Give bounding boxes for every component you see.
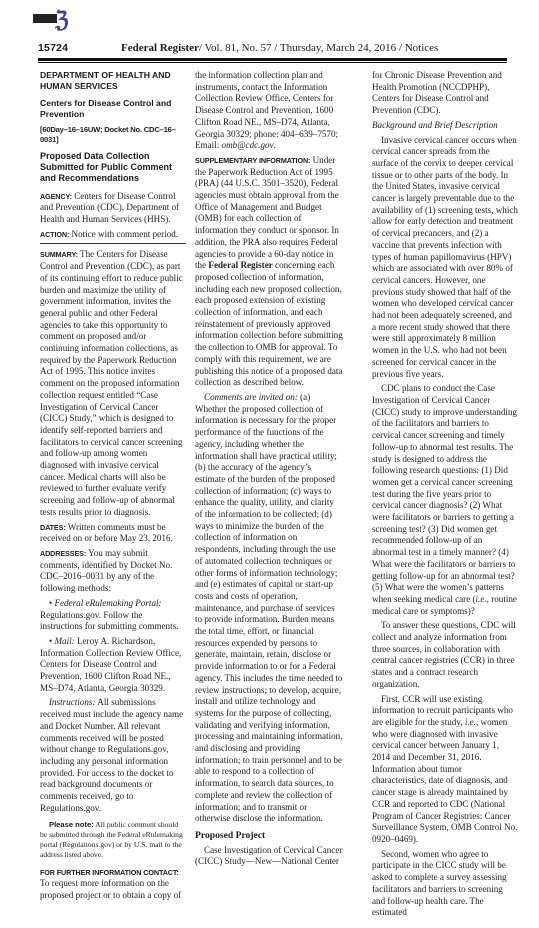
dates-paragraph: DATES: Written comments must be received… [40,522,186,545]
header-rule-thin [38,62,507,63]
page-number: 15724 [38,42,68,54]
background-paragraph-4: First, CCR will use existing information… [372,694,518,846]
department-heading: DEPARTMENT OF HEALTH AND HUMAN SERVICES [40,70,186,92]
instructions-paragraph: Instructions: All submissions received m… [40,697,186,814]
logo-black-block [33,14,57,23]
column-3: for Chronic Disease Prevention and Healt… [372,70,518,922]
bullet-mail: • Mail: Leroy A. Richardson, Information… [40,636,186,695]
background-paragraph-2: CDC plans to conduct the Case Investigat… [372,383,518,617]
addresses-paragraph: ADDRESSES: You may submit comments, iden… [40,548,186,595]
supplementary-paragraph: SUPPLEMENTARY INFORMATION: Under the Pap… [195,155,343,389]
federal-register-logo-icon: ℨ [33,12,71,34]
federal-register-page: ℨ 15724 Federal Register/ Vol. 81, No. 5… [0,0,539,928]
contact-continued: the information collection plan and inst… [195,70,343,152]
column-2: the information collection plan and inst… [195,70,343,871]
logo-swirl-icon: ℨ [55,9,69,31]
proposed-project-heading: Proposed Project [195,830,343,842]
sub-agency-heading: Centers for Disease Control and Preventi… [40,98,186,120]
center-continued: for Chronic Disease Prevention and Healt… [372,70,518,117]
action-paragraph: ACTION: Notice with comment period. [40,229,186,241]
docket-number: [60Day–16–16UW; Docket No. CDC–16–0031] [40,125,186,145]
document-title: Proposed Data Collection Submitted for P… [40,151,186,185]
section-divider [40,243,186,244]
bullet-portal: • Federal eRulemaking Portal: Regulation… [40,598,186,633]
project-paragraph: Case Investigation of Cervical Cancer (C… [195,845,343,868]
background-paragraph-1: Invasive cervical cancer occurs when cer… [372,135,518,381]
contact-paragraph: FOR FURTHER INFORMATION CONTACT: To requ… [40,867,186,902]
summary-paragraph: SUMMARY: The Centers for Disease Control… [40,249,186,518]
header-rule-thick [38,58,507,61]
background-heading: Background and Brief Description [372,120,518,132]
agency-paragraph: AGENCY: Centers for Disease Control and … [40,191,186,226]
comments-paragraph: Comments are invited on: (a) Whether the… [195,392,343,825]
please-note-paragraph: Please note: All public comment should b… [40,820,186,859]
background-paragraph-5: Second, women who agree to participate i… [372,849,518,919]
column-1: DEPARTMENT OF HEALTH AND HUMAN SERVICES … [40,70,186,905]
journal-name: Federal Register [121,42,199,54]
email-link[interactable]: omb@cdc.gov [222,140,274,150]
page-header: 15724 Federal Register/ Vol. 81, No. 57 … [38,42,506,56]
background-paragraph-3: To answer these questions, CDC will coll… [372,620,518,690]
issue-info: / Vol. 81, No. 57 / Thursday, March 24, … [199,42,438,54]
running-title: Federal Register/ Vol. 81, No. 57 / Thur… [121,42,438,54]
